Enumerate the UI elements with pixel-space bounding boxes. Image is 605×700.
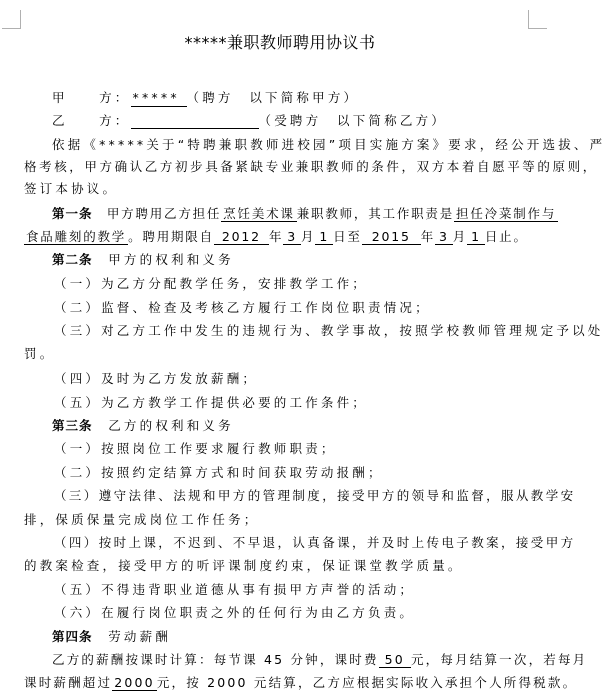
month-label: 月 [301,229,315,244]
intro-line-3: 签订本协议。 [24,181,118,197]
page-corner-mark-right [528,10,547,29]
start-day: 1 [315,229,333,245]
article-1-line-1: 第一条 甲方聘用乙方担任烹饪美术课兼职教师，其工作职责是担任冷菜制作与 [52,206,558,222]
article-3-item: （六）在履行岗位职责之外的任何行为由乙方负责。 [54,605,415,621]
article-3-item: （三）遵守法律、法规和甲方的管理制度，接受甲方的领导和监督，服从教学安 [54,488,576,504]
article-4-heading-line: 第四条 劳动薪酬 [52,629,171,645]
article-1-text: 兼职教师，其工作职责是 [297,206,454,221]
article-3-heading: 第三条 [52,418,93,433]
article-1-duty: 担任冷菜制作与 [454,206,558,222]
article-3-item: （二）按照约定结算方式和时间获取劳动报酬； [54,465,384,481]
article-4-text: 元，按 2000 元结算，乙方应根据实际收入承担个人所得税款。 [157,675,577,690]
article-1-duty-cont: 食品雕刻的教学 [24,229,128,245]
day-to-label: 日至 [333,229,362,244]
article-1-line-2: 食品雕刻的教学。聘用期限自2012年3月1日至2015年3月1日止。 [24,229,528,245]
end-month: 3 [435,229,453,245]
monthly-cap: 2000 [112,675,157,691]
article-2-item-cont: 罚。 [24,346,55,362]
article-2-heading-line: 第二条 甲方的权利和义务 [52,252,234,268]
article-4-text: 元，每月结算一次，若每月 [411,652,587,667]
article-3-item: （五）不得违背职业道德从事有损甲方声誉的活动； [54,582,415,598]
start-month: 3 [283,229,301,245]
article-4-title: 劳动薪酬 [108,629,171,644]
article-4-line-2: 课时薪酬超过2000元，按 2000 元结算，乙方应根据实际收入承担个人所得税款… [24,675,577,691]
article-3-item: （一）按照岗位工作要求履行教师职责； [54,441,337,457]
year-label: 年 [421,229,435,244]
article-1-text: 甲方聘用乙方担任 [93,206,222,221]
article-3-item-cont: 的教案检查，接受甲方的听评课制度约束，保证课堂教学质量。 [24,558,464,574]
article-4-text: 课时薪酬超过 [24,675,112,690]
article-2-item: （三）对乙方工作中发生的违规行为、教学事故，按照学校教师管理规定予以处 [54,323,604,339]
article-2-heading: 第二条 [52,252,93,267]
intro-line-2: 格考核，甲方确认乙方初步具备紧缺专业兼职教师的条件，双方本着自愿平等的原则， [24,159,598,175]
article-4-line-1: 乙方的薪酬按课时计算：每节课 45 分钟，课时费50元，每月结算一次，若每月 [52,652,587,668]
month-label: 月 [453,229,467,244]
party-b-line: 乙 方：（受聘方 以下简称乙方） [52,113,447,129]
party-b-value[interactable] [131,114,259,129]
page-corner-mark-left [2,10,21,29]
article-2-title: 甲方的权利和义务 [108,252,234,267]
end-year: 2015 [362,229,421,245]
article-2-item: （五）为乙方教学工作提供必要的工作条件； [54,395,368,411]
article-1-text: 。聘用期限自 [128,229,214,244]
article-3-item: （四）按时上课，不迟到、不早退，认真备课，并及时上传电子教案，接受甲方 [54,535,576,551]
article-4-text: 乙方的薪酬按课时计算：每节课 45 分钟，课时费 [52,652,379,667]
party-b-label: 乙 方： [52,113,131,128]
document-title: *****兼职教师聘用协议书 [0,30,560,53]
party-a-line: 甲 方：*****（聘方 以下简称甲方） [52,90,359,107]
article-3-item-cont: 排，保质保量完成岗位工作任务； [24,512,260,528]
hourly-fee: 50 [379,652,411,668]
party-a-note: （聘方 以下简称甲方） [187,90,360,105]
article-3-heading-line: 第三条 乙方的权利和义务 [52,418,234,434]
article-2-item: （二）监督、检查及考核乙方履行工作岗位职责情况； [54,300,431,316]
party-a-value[interactable]: ***** [131,90,187,107]
party-a-label: 甲 方： [52,90,131,105]
article-2-item: （一）为乙方分配教学任务，安排教学工作； [54,276,368,292]
end-day: 1 [467,229,485,245]
article-1-course: 烹饪美术课 [221,206,297,222]
article-1-heading: 第一条 [52,206,93,221]
start-year: 2012 [214,229,269,245]
article-4-heading: 第四条 [52,629,93,644]
end-label: 日止。 [485,229,528,244]
intro-line-1: 依据《*****关于“特聘兼职教师进校园”项目实施方案》要求，经公开选拔、严 [52,137,605,153]
article-2-item: （四）及时为乙方发放薪酬； [54,371,258,387]
party-b-note: （受聘方 以下简称乙方） [259,113,447,128]
year-label: 年 [269,229,283,244]
article-3-title: 乙方的权利和义务 [108,418,234,433]
